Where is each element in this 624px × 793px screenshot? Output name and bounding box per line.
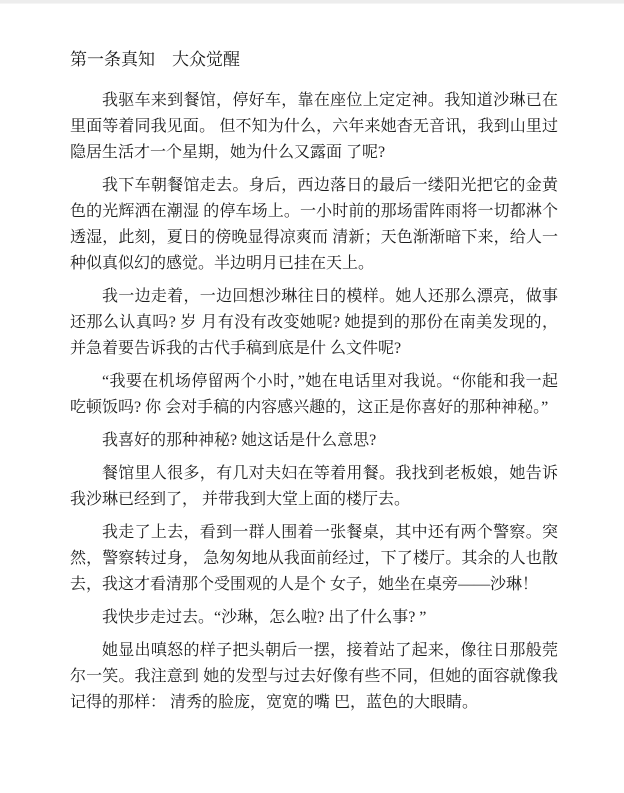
- chapter-title: 第一条真知 大众觉醒: [70, 47, 558, 73]
- paragraph: 餐馆里人很多，有几对夫妇在等着用餐。我找到老板娘，她告诉我沙琳已经到了， 并带我…: [70, 461, 558, 513]
- paragraph: 我快步走过去。“沙琳，怎么啦? 出了什么事? ”: [70, 605, 558, 631]
- document-page: 第一条真知 大众觉醒 我驱车来到餐馆，停好车，靠在座位上定定神。我知道沙琳已在里…: [0, 4, 624, 716]
- paragraph: “我要在机场停留两个小时，”她在电话里对我说。“你能和我一起吃顿饭吗? 你 会对…: [70, 369, 558, 421]
- paragraph: 她显出嗔怒的样子把头朝后一摆，接着站了起来，像往日那般莞尔一笑。我注意到 她的发…: [70, 638, 558, 716]
- paragraph: 我下车朝餐馆走去。身后，西边落日的最后一缕阳光把它的金黄色的光辉洒在潮湿 的停车…: [70, 173, 558, 277]
- paragraph: 我驱车来到餐馆，停好车，靠在座位上定定神。我知道沙琳已在里面等着同我见面。 但不…: [70, 88, 558, 166]
- paragraph: 我喜好的那种神秘? 她这话是什么意思?: [70, 428, 558, 454]
- paragraph: 我一边走着，一边回想沙琳往日的模样。她人还那么漂亮，做事还那么认真吗? 岁 月有…: [70, 284, 558, 362]
- paragraph: 我走了上去，看到一群人围着一张餐桌，其中还有两个警察。突然，警察转过身， 急匆匆…: [70, 520, 558, 598]
